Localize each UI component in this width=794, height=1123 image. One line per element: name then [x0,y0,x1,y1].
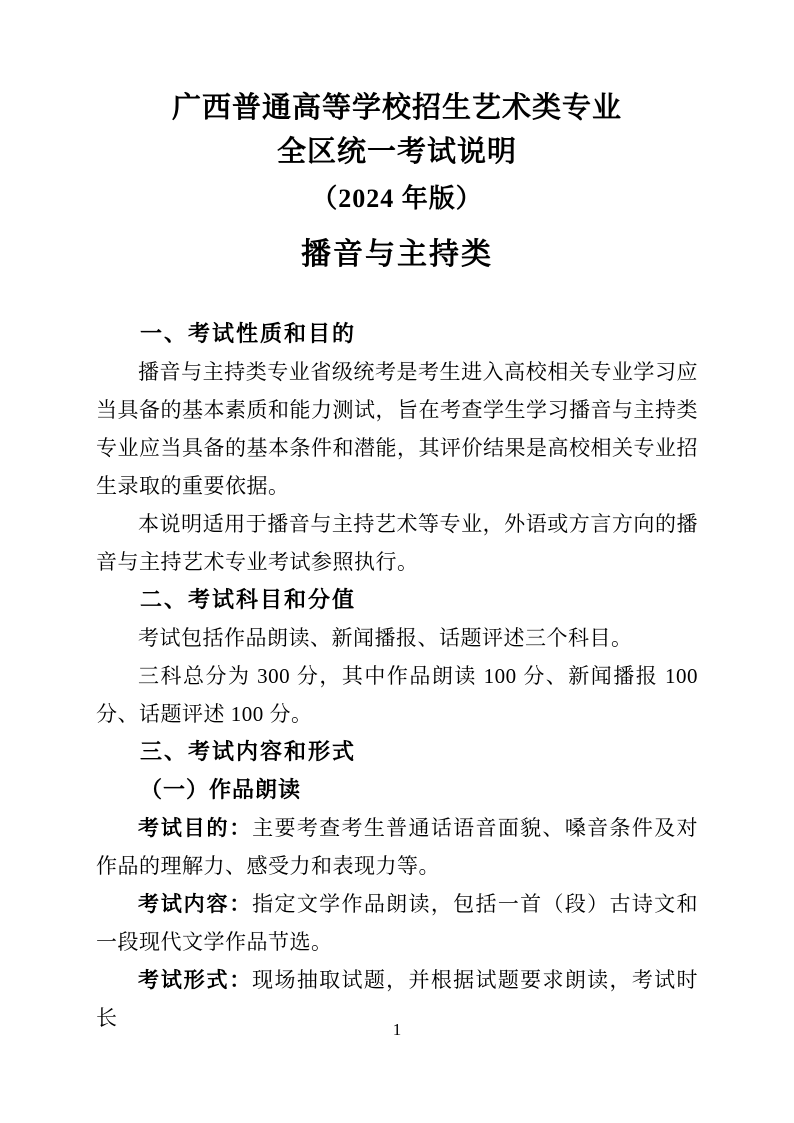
title-block: 广西普通高等学校招生艺术类专业 全区统一考试说明 （2024 年版） 播音与主持… [0,0,794,274]
exam-purpose-label: 考试目的： [138,816,252,840]
document-title-line-2: 全区统一考试说明 [0,130,794,174]
section-1-heading: 一、考试性质和目的 [96,315,698,353]
page-footer: 1 [0,1020,794,1040]
section-1-paragraph-2: 本说明适用于播音与主持艺术等专业，外语或方言方向的播音与主持艺术专业考试参照执行… [96,505,698,581]
section-3-subheading-1: （一）作品朗读 [96,771,698,809]
section-3-heading: 三、考试内容和形式 [96,733,698,771]
exam-content-paragraph: 考试内容：指定文学作品朗读，包括一首（段）古诗文和一段现代文学作品节选。 [96,885,698,961]
document-title-edition: （2024 年版） [0,182,794,216]
document-title-category: 播音与主持类 [0,236,794,274]
section-2-paragraph-1: 考试包括作品朗读、新闻播报、话题评述三个科目。 [96,619,698,657]
document-page: 广西普通高等学校招生艺术类专业 全区统一考试说明 （2024 年版） 播音与主持… [0,0,794,1123]
section-1-paragraph-1: 播音与主持类专业省级统考是考生进入高校相关专业学习应当具备的基本素质和能力测试，… [96,353,698,505]
exam-purpose-paragraph: 考试目的：主要考查考生普通话语音面貌、嗓音条件及对作品的理解力、感受力和表现力等… [96,809,698,885]
document-title-line-1: 广西普通高等学校招生艺术类专业 [0,86,794,130]
document-body: 一、考试性质和目的 播音与主持类专业省级统考是考生进入高校相关专业学习应当具备的… [96,315,698,1037]
section-2-heading: 二、考试科目和分值 [96,581,698,619]
exam-format-label: 考试形式： [138,968,252,992]
section-2-paragraph-2: 三科总分为 300 分，其中作品朗读 100 分、新闻播报 100 分、话题评述… [96,657,698,733]
page-number: 1 [393,1020,402,1039]
exam-content-label: 考试内容： [138,892,252,916]
